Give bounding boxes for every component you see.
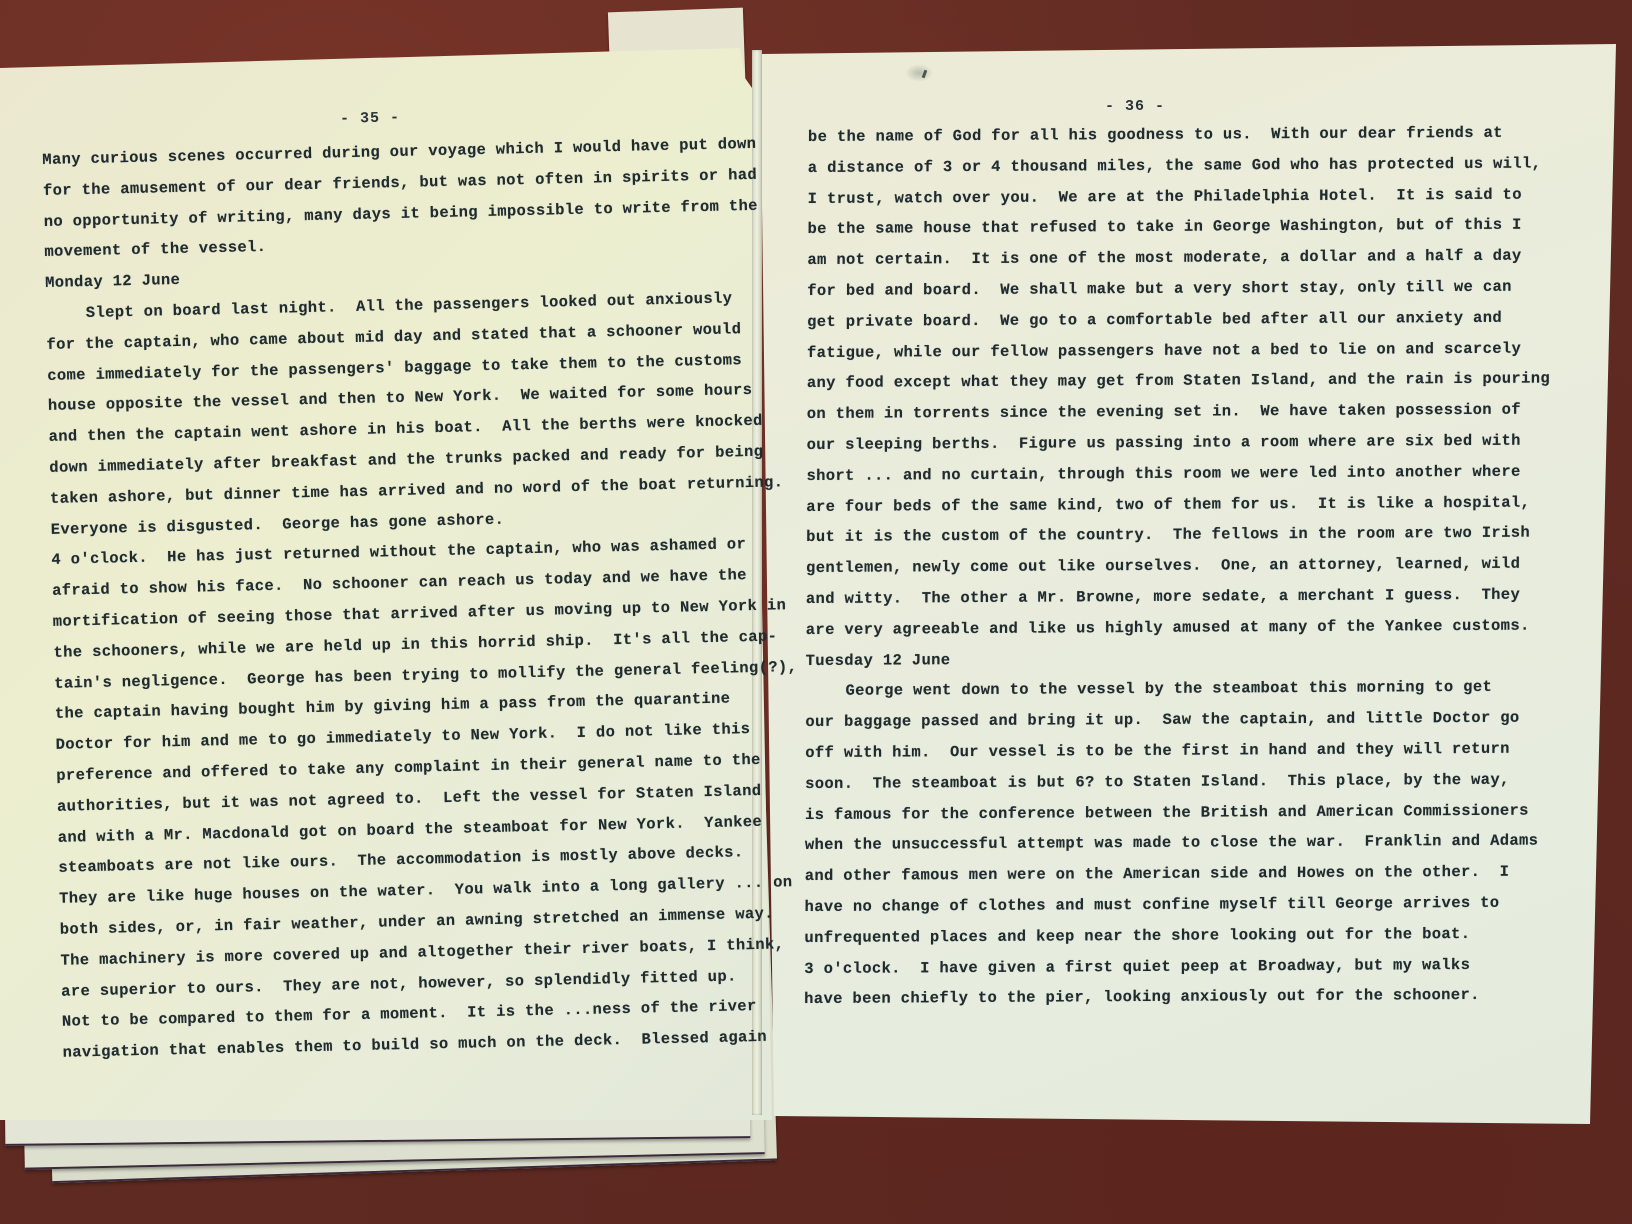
text-line: be the name of God for all his goodness … (808, 117, 1551, 152)
right-page-body: be the name of God for all his goodness … (804, 117, 1551, 1015)
text-line: unfrequented places and keep near the sh… (804, 918, 1547, 953)
desk-surface: - 35 - - 36 - Many curious scenes occurr… (0, 0, 1632, 1224)
text-line: is famous for the conference between the… (805, 795, 1548, 830)
text-line: be the same house that refused to take i… (807, 210, 1550, 245)
text-line: George went down to the vessel by the st… (805, 672, 1548, 707)
text-line: a distance of 3 or 4 thousand miles, the… (808, 148, 1551, 183)
left-page-number: - 35 - (340, 109, 400, 127)
text-line: get private board. We go to a comfortabl… (807, 302, 1550, 337)
ink-smudge (905, 64, 933, 82)
text-line: for bed and board. We shall make but a v… (807, 271, 1550, 306)
text-line: are very agreeable and like us highly am… (806, 610, 1549, 645)
text-line: but it is the custom of the country. The… (806, 518, 1549, 553)
text-line: and other famous men were on the America… (805, 857, 1548, 892)
right-page-number: - 36 - (1105, 98, 1165, 115)
text-line: when the unsuccessful attempt was made t… (805, 826, 1548, 861)
text-line: on them in torrents since the evening se… (807, 395, 1550, 430)
text-line: have no change of clothes and must confi… (805, 887, 1548, 922)
text-line: short ... and no curtain, through this r… (806, 456, 1549, 491)
text-line: 3 o'clock. I have given a first quiet pe… (804, 949, 1547, 984)
left-page-body: Many curious scenes occurred during our … (42, 128, 806, 1069)
text-line: our sleeping berths. Figure us passing i… (807, 425, 1550, 460)
text-line: fatigue, while our fellow passengers hav… (807, 333, 1550, 368)
text-line: gentlemen, newly come out like ourselves… (806, 549, 1549, 584)
text-line: and witty. The other a Mr. Browne, more … (806, 579, 1549, 614)
text-line: I trust, watch over you. We are at the P… (808, 179, 1551, 214)
text-line: soon. The steamboat is but 6? to Staten … (805, 764, 1548, 799)
text-line: have been chiefly to the pier, looking a… (804, 980, 1547, 1015)
text-line: am not certain. It is one of the most mo… (807, 241, 1550, 276)
text-line: are four beds of the same kind, two of t… (806, 487, 1549, 522)
text-line: off with him. Our vessel is to be the fi… (805, 733, 1548, 768)
text-line: any food except what they may get from S… (807, 364, 1550, 399)
text-line: our baggage passed and bring it up. Saw … (805, 703, 1548, 738)
date-heading: Tuesday 12 June (806, 641, 1549, 676)
